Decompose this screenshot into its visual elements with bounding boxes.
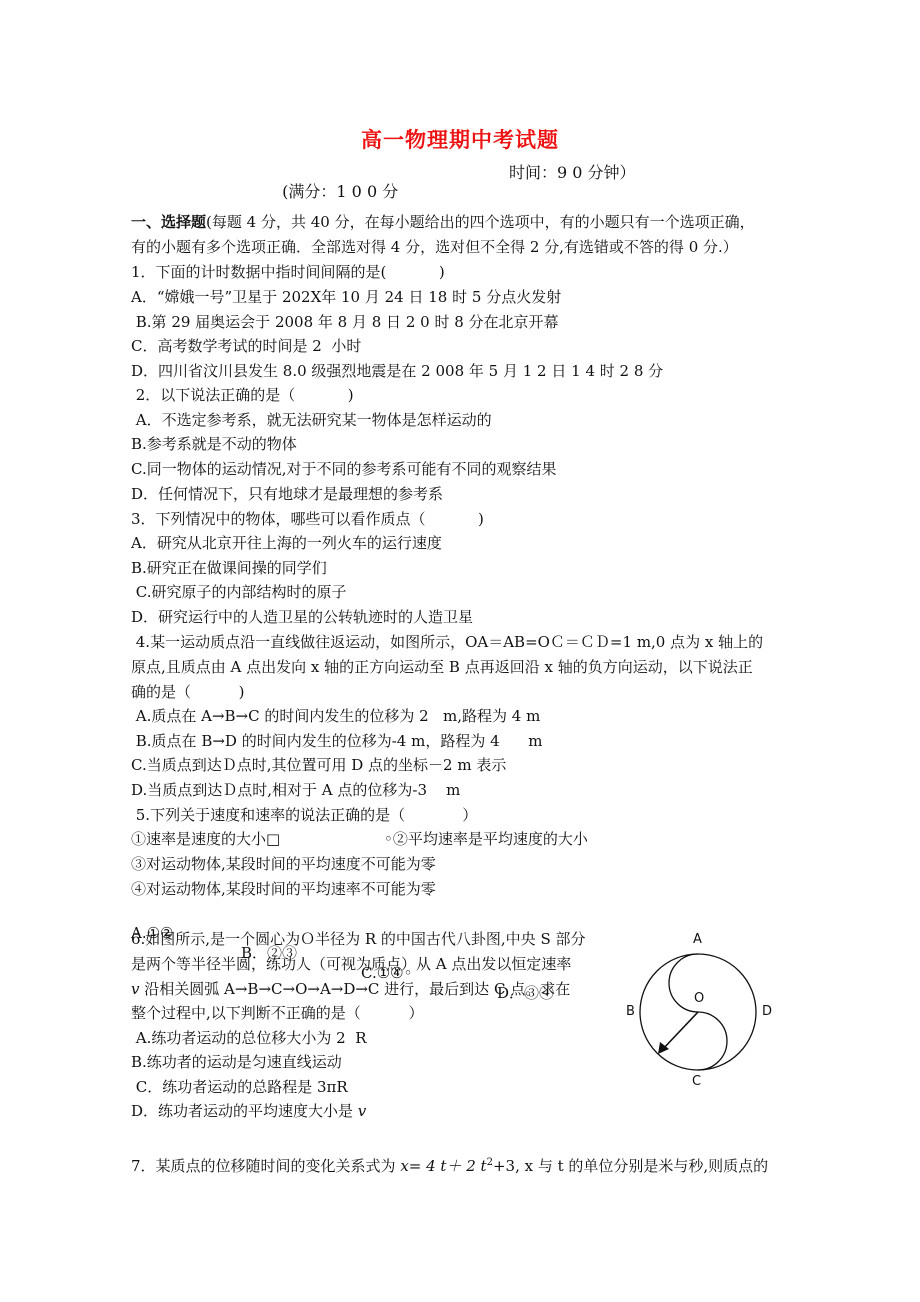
question-1-option-c: C．高考数学考试的时间是 2 小时 (131, 336, 361, 356)
question-6-option-a: A.练功者运动的总位移大小为 2 R (131, 1028, 367, 1048)
question-2-option-d: D．任何情况下，只有地球才是最理想的参考系 (131, 484, 443, 504)
question-1-stem: 1．下面的计时数据中指时间间隔的是( ) (131, 262, 445, 282)
question-7-prefix: 7．某质点的位移随时间的变化关系式为 (131, 1157, 400, 1175)
duration: 时间：9 0 分钟） (509, 160, 636, 183)
question-5-statement-3: ③对运动物体,某段时间的平均速度不可能为零 (131, 854, 436, 874)
page-title: 高一物理期中考试题 (0, 124, 920, 154)
question-6-option-c: C．练功者运动的总路程是 3πR (131, 1077, 348, 1097)
question-4-stem-1: 4.某一运动质点沿一直线做往返运动，如图所示，OA＝AB=OＣ＝ＣＤ=1 m,0… (131, 632, 763, 652)
section-instructions-1: (每题 4 分，共 40 分，在每小题给出的四个选项中，有的小题只有一个选项正确… (206, 213, 755, 231)
question-3-option-a: A．研究从北京开往上海的一列火车的运行速度 (131, 533, 442, 553)
label-b: B (626, 1004, 635, 1019)
question-6-stem-4: 整个过程中,以下判断不正确的是（ ） (131, 1003, 423, 1023)
question-3-stem: 3．下列情况中的物体，哪些可以看作质点（ ) (131, 509, 484, 529)
label-o: O (694, 991, 704, 1006)
question-2-option-b: B.参考系就是不动的物体 (131, 434, 297, 454)
question-4-stem-2: 原点,且质点由 A 点出发向 x 轴的正方向运动至 B 点再返回沿 x 轴的负方… (131, 657, 753, 677)
bagua-diagram: A B D C O (620, 922, 790, 1097)
question-3-option-d: D．研究运行中的人造卫星的公转轨迹时的人造卫星 (131, 607, 473, 627)
section-heading: 一、选择题 (131, 213, 206, 231)
speed-symbol-d: v (358, 1102, 366, 1120)
question-4-option-d: D.当质点到达Ｄ点时,相对于 A 点的位移为-3 m (131, 780, 460, 800)
question-4-stem-3: 确的是（ ) (131, 682, 245, 702)
question-6-stem-1: 6.如图所示,是一个圆心为Ｏ半径为 R 的中国古代八卦图,中央 S 部分 (131, 929, 586, 949)
question-7-stem: 7．某质点的位移随时间的变化关系式为 x= 4 t＋ 2 t2+3, x 与 t… (131, 1153, 768, 1176)
question-1-option-b: B.第 29 届奥运会于 2008 年 8 月 8 日 2 0 时 8 分在北京… (131, 312, 559, 332)
section-heading-line: 一、选择题(每题 4 分，共 40 分，在每小题给出的四个选项中，有的小题只有一… (131, 212, 755, 232)
question-4-option-a: A.质点在 A→B→C 的时间内发生的位移为 2 m,路程为 4 m (131, 706, 540, 726)
question-4-option-c: C.当质点到达Ｄ点时,其位置可用 D 点的坐标－2 m 表示 (131, 755, 506, 775)
section-instructions-2: 有的小题有多个选项正确．全部选对得 4 分，选对但不全得 2 分,有选错或不答的… (131, 237, 738, 257)
question-5-statement-4: ④对运动物体,某段时间的平均速率不可能为零 (131, 879, 436, 899)
question-2-option-a: A．不选定参考系，就无法研究某一物体是怎样运动的 (131, 410, 492, 430)
label-d: D (762, 1004, 772, 1019)
question-3-option-c: C.研究原子的内部结构时的原子 (131, 582, 346, 602)
question-2-stem: 2．以下说法正确的是（ ) (131, 385, 354, 405)
label-c: C (692, 1074, 701, 1089)
speed-symbol: v (131, 980, 139, 998)
question-5-statement-2: ◦②平均速率是平均速度的大小 (384, 829, 588, 849)
question-5-statement-1: ①速率是速度的大小□ (131, 829, 280, 849)
question-7-formula: x= 4 t＋ 2 t (400, 1157, 486, 1175)
question-5-options: A.①② B．②③ C.①④◦ D．③④ (131, 903, 611, 923)
question-2-option-c: C.同一物体的运动情况,对于不同的参考系可能有不同的观察结果 (131, 459, 556, 479)
full-score: (满分：1 0 0 分 (282, 182, 398, 201)
question-6-stem-2: 是两个等半径半圆，练功人（可视为质点）从 A 点出发以恒定速率 (131, 954, 571, 974)
question-5-stem: 5.下列关于速度和速率的说法正确的是（ ） (131, 805, 477, 825)
question-3-option-b: B.研究正在做课间操的同学们 (131, 558, 327, 578)
question-4-option-b: B.质点在 B→D 的时间内发生的位移为-4 m，路程为 4 m (131, 731, 542, 751)
label-a: A (693, 932, 702, 947)
question-7-suffix: +3, x 与 t 的单位分别是米与秒,则质点的 (493, 1157, 768, 1175)
question-1-option-d: D．四川省汶川县发生 8.0 级强烈地震是在 2 008 年 5 月 1 2 日… (131, 361, 663, 381)
question-6-stem-3: 沿相关圆弧 A→B→C→O→A→D→C 进行，最后到达 C 点。求在 (144, 980, 570, 998)
question-6-option-d-wrap: D．练功者运动的平均速度大小是 v (131, 1101, 366, 1121)
question-6-option-b: B.练功者的运动是匀速直线运动 (131, 1052, 342, 1072)
question-6-stem-3-wrap: v 沿相关圆弧 A→B→C→O→A→D→C 进行，最后到达 C 点。求在 (131, 979, 570, 999)
question-1-option-a: A．“嫦娥一号”卫星于 202Ⅹ年 10 月 24 日 18 时 5 分点火发射 (131, 287, 561, 307)
question-6-option-d: D．练功者运动的平均速度大小是 (131, 1102, 358, 1120)
